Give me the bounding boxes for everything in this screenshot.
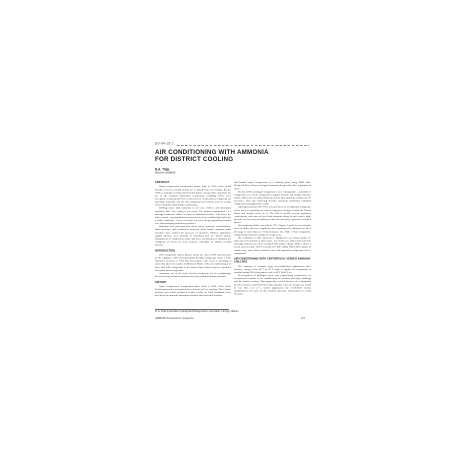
paragraph: Vapor compression refrigeration plants b… (155, 185, 231, 207)
paragraph: CFC refrigerants will be phased out by t… (155, 253, 231, 271)
paragraph: By comparing chiller cost rolls at 1975,… (234, 224, 311, 236)
author-affiliation: Member ASHRAE (155, 171, 173, 174)
paragraph: Although ammonia (R-717) is now prevalen… (234, 206, 311, 224)
author-block: R.A. Tilak Member ASHRAE (155, 168, 215, 178)
section-history-continued: and handles vapor compression as a utili… (234, 181, 311, 255)
paragraph: Ammonia, one of the most efficient refri… (155, 272, 231, 278)
page-title: AIR CONDITIONING WITH AMMONIA FOR DISTRI… (155, 149, 269, 164)
paragraph: Developments in packaged screw and recip… (234, 274, 311, 296)
section-heading-abstract: ABSTRACT (155, 181, 231, 184)
title-line-2: FOR DISTRICT COOLING (155, 156, 269, 164)
footer-page-number: 371 (301, 317, 313, 323)
paragraph: Vapor compression refrigeration dates ba… (155, 285, 231, 297)
title-line-1: AIR CONDITIONING WITH AMMONIA (155, 149, 269, 157)
left-column: ABSTRACT Vapor compression refrigeration… (155, 181, 231, 308)
section-heading-introduction: INTRODUCTION (155, 249, 231, 252)
paragraph: Structural and environmental safety issu… (155, 225, 231, 247)
section-abstract: ABSTRACT Vapor compression refrigeration… (155, 181, 231, 247)
scanned-paper-page: SO-94-15-1 AIR CONDITIONING WITH AMMONIA… (0, 0, 458, 458)
header-rule (177, 145, 309, 146)
footnote: R. A. Tilak is president of Integrated R… (155, 310, 311, 316)
footnote-text: R. A. Tilak is president of Integrated R… (155, 310, 306, 313)
paper-number-text: SO-94-15-1 (155, 142, 168, 146)
paragraph: Chilling water with ammonia is not new; … (155, 207, 231, 225)
paragraph: By the 1870s packaged compressors were m… (234, 190, 311, 205)
footer-page-number-text: 371 (301, 317, 305, 320)
footer-journal: ASHRAE Transactions: Symposia (155, 317, 215, 323)
footer-journal-text: ASHRAE Transactions: Symposia (155, 317, 173, 320)
section-heading-history: HISTORY (155, 281, 231, 284)
section-introduction: INTRODUCTION CFC refrigerants will be ph… (155, 249, 231, 278)
section-heading-centrifugal-vs-ammonia: AIR CONDITIONING WITH CENTRIFUGAL VERSUS… (234, 258, 311, 264)
paragraph: and handles vapor compression as a utili… (234, 181, 311, 190)
section-centrifugal-vs-ammonia: AIR CONDITIONING WITH CENTRIFUGAL VERSUS… (234, 258, 311, 296)
right-column: and handles vapor compression as a utili… (234, 181, 311, 308)
section-history: HISTORY Vapor compression refrigeration … (155, 281, 231, 297)
paragraph: The contention is that ammonia is "dange… (234, 236, 311, 254)
paragraph: The capacity of common large air-conditi… (234, 265, 311, 274)
